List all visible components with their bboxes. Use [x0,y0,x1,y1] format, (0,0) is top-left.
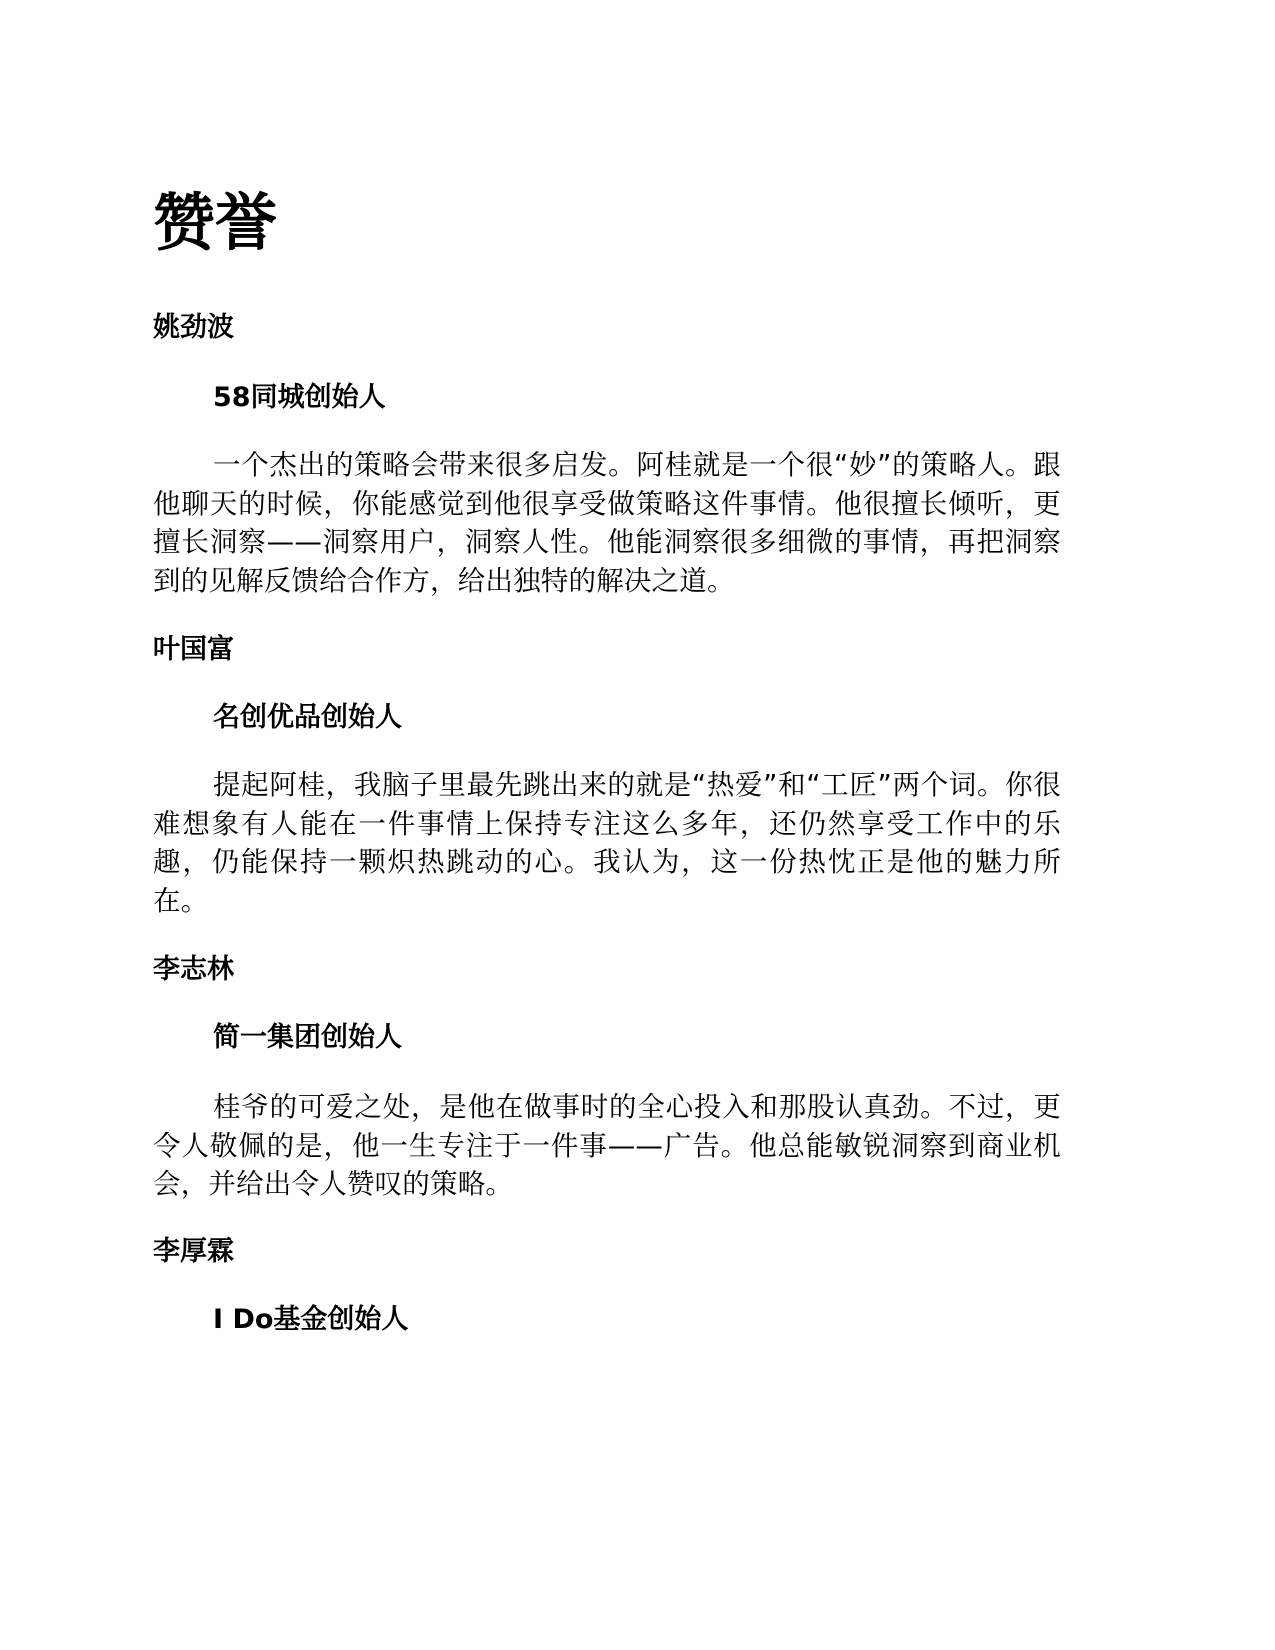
endorser-name: 叶国富 [153,632,234,668]
page-title: 赞誉 [153,186,277,260]
endorser-name: 李志林 [153,952,234,988]
endorser-role: 名创优品创始人 [213,700,402,736]
endorser-role: 58同城创始人 [213,380,386,416]
endorsement-quote: 一个杰出的策略会带来很多启发。阿桂就是一个很“妙”的策略人。跟他聊天的时候，你能… [153,446,1061,600]
endorser-role: I Do基金创始人 [213,1302,408,1338]
endorser-name: 姚劲波 [153,310,234,346]
endorsement-quote: 提起阿桂，我脑子里最先跳出来的就是“热爱”和“工匠”两个词。你很难想象有人能在一… [153,766,1061,920]
endorsement-quote: 桂爷的可爱之处，是他在做事时的全心投入和那股认真劲。不过，更令人敬佩的是，他一生… [153,1088,1061,1204]
endorser-role: 简一集团创始人 [213,1020,402,1056]
endorser-name: 李厚霖 [153,1234,234,1270]
